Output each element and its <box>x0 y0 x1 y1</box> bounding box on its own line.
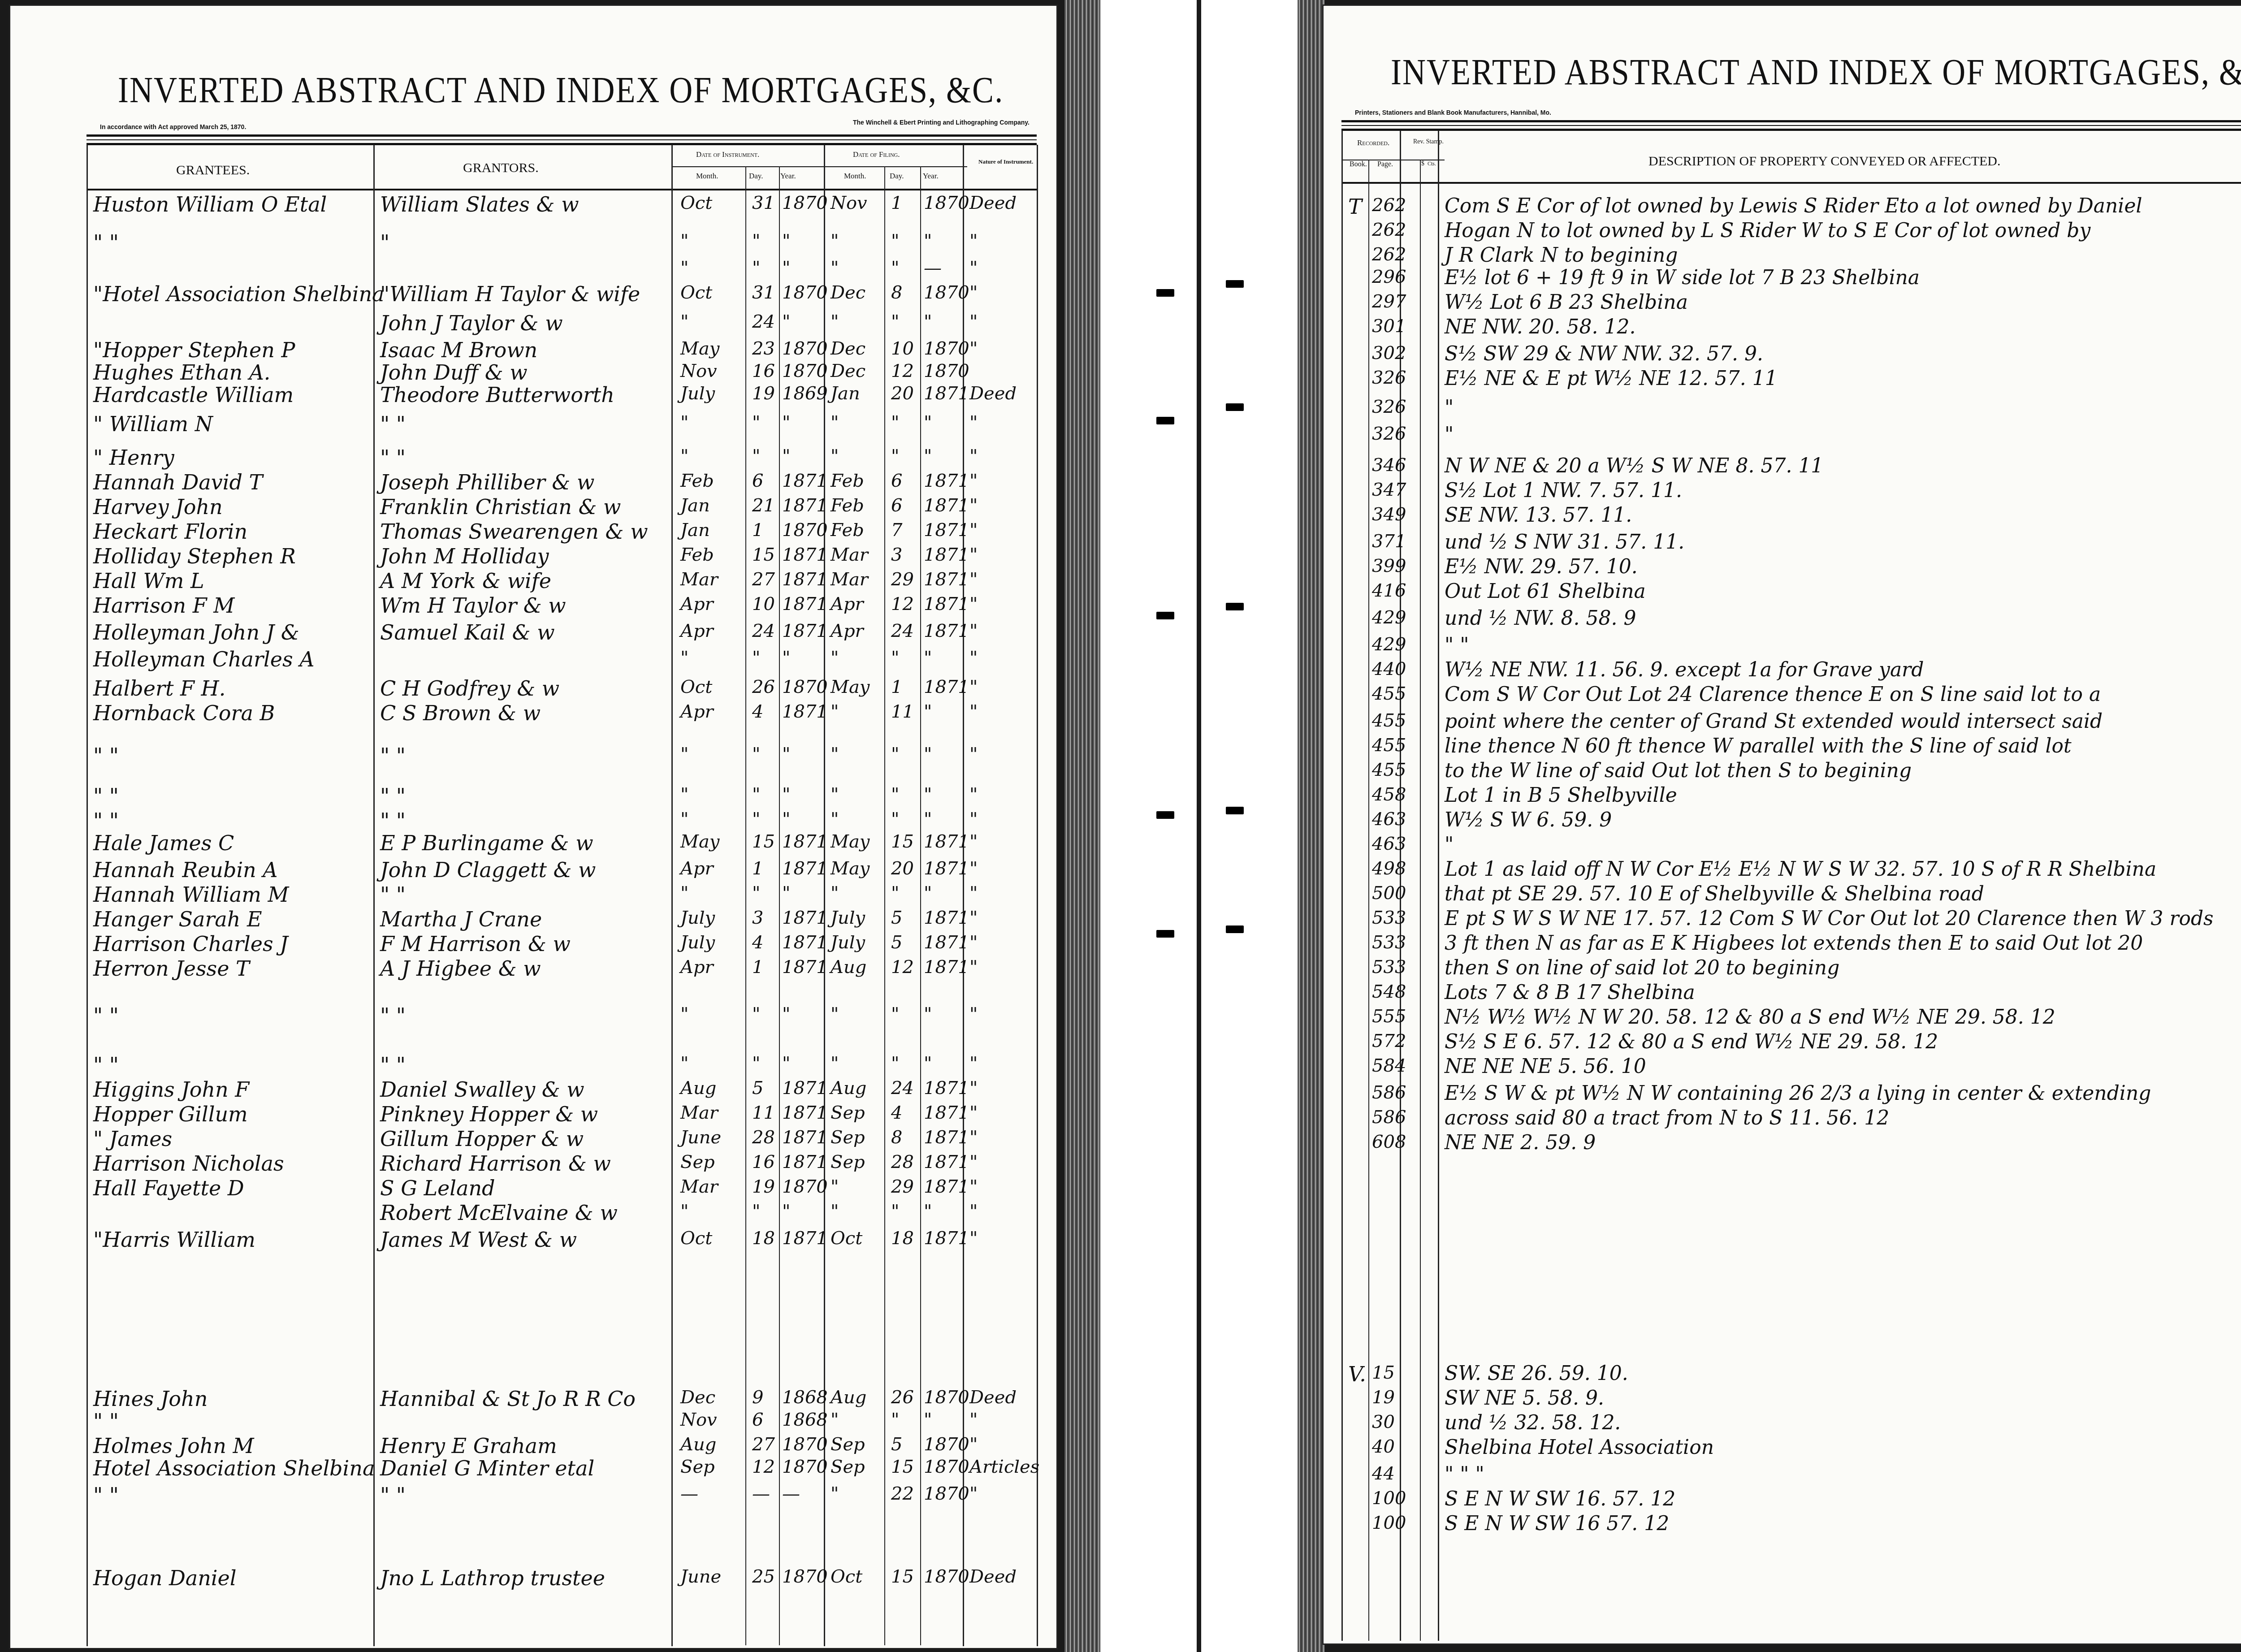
grantee-name: Holleyman John J & <box>93 622 299 643</box>
filing-month: May <box>831 678 870 696</box>
grantee-name: " " <box>93 786 119 806</box>
filing-year: " <box>924 1055 932 1073</box>
filing-year: " <box>924 703 932 721</box>
instrument-year: 1870 <box>782 340 828 358</box>
property-description: E pt S W S W NE 17. 57. 12 Com S W Cor O… <box>1445 909 2214 929</box>
filing-day: 12 <box>891 362 914 380</box>
instrument-day: 19 <box>752 1178 775 1196</box>
instrument-year: " <box>782 232 790 250</box>
grantor-name: William Slates & w <box>380 194 579 215</box>
grantee-name: Heckart Florin <box>93 521 247 542</box>
binding-hole <box>1226 280 1244 288</box>
filing-month: " <box>831 810 839 828</box>
binding-hole <box>1156 289 1174 297</box>
col-header-year: Year. <box>923 172 939 181</box>
page-number: 100 <box>1372 1489 1406 1507</box>
instrument-nature: Articles <box>969 1458 1039 1476</box>
instrument-day: 16 <box>752 362 775 380</box>
property-description: J R Clark N to begining <box>1445 246 1678 265</box>
instrument-nature: " <box>969 703 978 721</box>
instrument-month: " <box>680 259 688 277</box>
instrument-month: — <box>680 1485 698 1503</box>
instrument-nature: " <box>969 340 978 358</box>
property-description: S E N W SW 16 57. 12 <box>1445 1514 1669 1534</box>
header-rule <box>1341 120 2241 122</box>
filing-day: 24 <box>891 1079 914 1097</box>
instrument-nature: " <box>969 1485 978 1503</box>
page-number: 19 <box>1372 1388 1395 1406</box>
property-description: E½ NE & E pt W½ NE 12. 57. 11 <box>1445 369 1778 389</box>
instrument-day: 10 <box>752 595 775 613</box>
instrument-day: 31 <box>752 284 775 302</box>
page-number: 30 <box>1372 1413 1395 1431</box>
filing-day: 20 <box>891 860 914 878</box>
property-description: Out Lot 61 Shelbina <box>1445 582 1646 601</box>
property-description: line thence N 60 ft thence W parallel wi… <box>1445 736 2072 756</box>
instrument-day: " <box>752 1202 760 1220</box>
filing-year: — <box>924 259 942 277</box>
grantee-name: "Hotel Association Shelbina <box>93 284 384 304</box>
grantor-name: Jno L Lathrop trustee <box>380 1568 605 1588</box>
grantee-name: Hogan Daniel <box>93 1568 237 1588</box>
filing-month: Sep <box>831 1104 865 1122</box>
binding-hole <box>1226 603 1244 610</box>
grantor-name: A M York & wife <box>380 571 551 591</box>
instrument-day: 31 <box>752 194 775 212</box>
instrument-month: " <box>680 884 688 902</box>
grantee-name: Hale James C <box>93 833 234 853</box>
filing-month: July <box>831 909 865 927</box>
filing-year: 1871 <box>924 958 969 976</box>
instrument-nature: " <box>969 934 978 951</box>
instrument-year: " <box>782 810 790 828</box>
header-rule <box>1341 129 2241 131</box>
property-description: N W NE & 20 a W½ S W NE 8. 57. 11 <box>1445 456 1823 476</box>
property-description: und ½ 32. 58. 12. <box>1445 1413 1621 1433</box>
col-header-date-filing: Date of Filing. <box>853 150 900 159</box>
grantee-name: Hannah William M <box>93 884 289 905</box>
instrument-day: " <box>752 1055 760 1073</box>
instrument-year: " <box>782 447 790 465</box>
instrument-month: Dec <box>680 1388 715 1406</box>
grantee-name: " " <box>93 1411 119 1431</box>
instrument-nature: " <box>969 1079 978 1097</box>
instrument-month: " <box>680 786 688 804</box>
property-description: N½ W½ W½ N W 20. 58. 12 & 80 a S end W½ … <box>1445 1008 2055 1027</box>
filing-year: " <box>924 414 932 432</box>
filing-year: " <box>924 313 932 331</box>
instrument-year: 1871 <box>782 860 828 878</box>
instrument-month: June <box>680 1129 721 1146</box>
instrument-year: " <box>782 786 790 804</box>
column-line <box>1341 130 1343 1641</box>
grantee-name: Harvey John <box>93 497 223 517</box>
filing-day: " <box>891 414 899 432</box>
page-number: 463 <box>1372 835 1406 853</box>
instrument-nature: " <box>969 860 978 878</box>
instrument-year: 1871 <box>782 909 828 927</box>
grantee-name: Holleyman Charles A <box>93 649 314 670</box>
col-header-day: Day. <box>749 172 763 181</box>
instrument-day: — <box>752 1485 770 1503</box>
col-header-recorded: Recorded. <box>1357 138 1389 147</box>
page-number: 326 <box>1372 398 1406 416</box>
instrument-day: " <box>752 745 760 763</box>
instrument-day: " <box>752 649 760 667</box>
instrument-day: 3 <box>752 909 763 927</box>
page-number: 533 <box>1372 934 1406 951</box>
instrument-month: Feb <box>680 546 714 564</box>
binding-hole <box>1156 811 1174 819</box>
instrument-year: 1871 <box>782 595 828 613</box>
filing-month: " <box>831 313 839 331</box>
grantor-name: Joseph Philliber & w <box>380 472 594 493</box>
property-description: Lot 1 as laid off N W Cor E½ E½ N W S W … <box>1445 860 2156 879</box>
filing-year: 1871 <box>924 909 969 927</box>
filing-year: 1870 <box>924 1485 969 1503</box>
instrument-day: 27 <box>752 571 775 588</box>
book-number: V. <box>1348 1364 1366 1384</box>
grantee-name: Higgins John F <box>93 1079 249 1100</box>
instrument-month: May <box>680 340 719 358</box>
instrument-year: 1868 <box>782 1411 828 1429</box>
instrument-day: 27 <box>752 1436 775 1453</box>
instrument-day: " <box>752 447 760 465</box>
filing-month: Feb <box>831 521 864 539</box>
page-number: 548 <box>1372 983 1406 1001</box>
instrument-day: " <box>752 259 760 277</box>
filing-year: " <box>924 884 932 902</box>
instrument-day: 1 <box>752 521 763 539</box>
instrument-day: 24 <box>752 622 775 640</box>
page-number: 40 <box>1372 1438 1395 1456</box>
filing-year: 1870 <box>924 1436 969 1453</box>
instrument-year: 1868 <box>782 1388 828 1406</box>
property-description: W½ NE NW. 11. 56. 9. except 1a for Grave… <box>1445 660 1924 680</box>
page-number: 262 <box>1372 246 1406 264</box>
filing-month: " <box>831 786 839 804</box>
grantor-name: S G Leland <box>380 1178 495 1198</box>
property-description: und ½ S NW 31. 57. 11. <box>1445 532 1684 552</box>
grantor-name: C S Brown & w <box>380 703 541 723</box>
instrument-day: " <box>752 1005 760 1023</box>
property-description: und ½ NW. 8. 58. 9 <box>1445 609 1636 628</box>
filing-year: 1870 <box>924 1388 969 1406</box>
property-description: Com S W Cor Out Lot 24 Clarence thence E… <box>1445 685 2101 705</box>
grantee-name: Hall Fayette D <box>93 1178 244 1198</box>
filing-year: " <box>924 1411 932 1429</box>
filing-year: 1871 <box>924 833 969 851</box>
filing-year: 1870 <box>924 340 969 358</box>
instrument-month: Oct <box>680 284 712 302</box>
instrument-month: Mar <box>680 571 718 588</box>
page-number: 584 <box>1372 1057 1406 1075</box>
grantor-name: John M Holliday <box>380 546 549 567</box>
grantor-name: Thomas Swearengen & w <box>380 521 648 542</box>
filing-year: 1870 <box>924 362 969 380</box>
filing-month: " <box>831 745 839 763</box>
instrument-year: 1871 <box>782 934 828 951</box>
filing-month: " <box>831 703 839 721</box>
grantee-name: Hines John <box>93 1388 208 1409</box>
filing-day: 6 <box>891 472 902 490</box>
filing-day: 10 <box>891 340 914 358</box>
filing-year: 1871 <box>924 934 969 951</box>
printer-credit: Printers, Stationers and Blank Book Manu… <box>1355 109 1551 116</box>
book-number: T <box>1348 196 1362 217</box>
property-description: E½ NW. 29. 57. 10. <box>1445 557 1638 577</box>
property-description: Lot 1 in B 5 Shelbyville <box>1445 786 1677 805</box>
property-description: S E N W SW 16. 57. 12 <box>1445 1489 1675 1509</box>
page-number: 15 <box>1372 1364 1395 1382</box>
instrument-year: " <box>782 745 790 763</box>
filing-month: Dec <box>831 362 865 380</box>
filing-day: " <box>891 1411 899 1429</box>
grantor-name: Daniel G Minter etal <box>380 1458 594 1479</box>
instrument-month: " <box>680 649 688 667</box>
binding-hole <box>1156 417 1174 424</box>
instrument-nature: " <box>969 745 978 763</box>
grantor-name: " " <box>380 447 406 468</box>
filing-year: " <box>924 1005 932 1023</box>
column-line <box>1420 160 1421 1641</box>
instrument-year: 1871 <box>782 1104 828 1122</box>
filing-day: 8 <box>891 1129 902 1146</box>
grantee-name: " James <box>93 1129 172 1149</box>
header-rule <box>87 143 1037 145</box>
instrument-year: " <box>782 884 790 902</box>
instrument-day: 21 <box>752 497 775 515</box>
instrument-day: 1 <box>752 958 763 976</box>
column-line <box>745 166 746 1645</box>
column-line <box>884 166 885 1645</box>
filing-month: Sep <box>831 1153 865 1171</box>
filing-day: 20 <box>891 385 914 402</box>
grantee-name: Hanger Sarah E <box>93 909 262 930</box>
filing-day: 12 <box>891 958 914 976</box>
page-number: 455 <box>1372 712 1406 730</box>
grantee-name: Harrison Nicholas <box>93 1153 284 1174</box>
instrument-month: Sep <box>680 1153 715 1171</box>
filing-month: Apr <box>831 622 864 640</box>
page-number: 498 <box>1372 860 1406 878</box>
property-description: then S on line of said lot 20 to beginin… <box>1445 958 1839 978</box>
page-number: 416 <box>1372 582 1406 600</box>
filing-month: " <box>831 414 839 432</box>
grantor-name: " " <box>380 1055 406 1075</box>
filing-year: 1871 <box>924 497 969 515</box>
instrument-month: Apr <box>680 703 714 721</box>
column-line <box>1438 130 1439 1641</box>
grantor-name: Henry E Graham <box>380 1436 557 1456</box>
page-number: 440 <box>1372 660 1406 678</box>
grantor-name: Martha J Crane <box>380 909 542 930</box>
col-header-book: Book. <box>1350 160 1367 169</box>
grantor-name: Hannibal & St Jo R R Co <box>380 1388 636 1409</box>
grantor-name: Theodore Butterworth <box>380 385 614 405</box>
filing-year: 1871 <box>924 1079 969 1097</box>
instrument-day: 1 <box>752 860 763 878</box>
instrument-nature: Deed <box>969 385 1017 402</box>
instrument-nature: " <box>969 786 978 804</box>
instrument-nature: " <box>969 1055 978 1073</box>
page-number: 463 <box>1372 810 1406 828</box>
filing-month: Feb <box>831 497 864 515</box>
filing-year: " <box>924 745 932 763</box>
filing-year: 1870 <box>924 1568 969 1586</box>
filing-month: Sep <box>831 1458 865 1476</box>
instrument-nature: " <box>969 649 978 667</box>
filing-month: May <box>831 833 870 851</box>
filing-month: Nov <box>831 194 867 212</box>
property-description: that pt SE 29. 57. 10 E of Shelbyville &… <box>1445 884 1984 904</box>
grantor-name: James M West & w <box>380 1229 577 1250</box>
property-description: S½ SW 29 & NW NW. 32. 57. 9. <box>1445 344 1763 364</box>
property-description: Shelbina Hotel Association <box>1445 1438 1714 1457</box>
instrument-month: July <box>680 385 715 402</box>
filing-day: 24 <box>891 622 914 640</box>
filing-day: 8 <box>891 284 902 302</box>
filing-month: Oct <box>831 1568 862 1586</box>
instrument-year: 1871 <box>782 497 828 515</box>
property-description: NE NE 2. 59. 9 <box>1445 1133 1596 1153</box>
instrument-day: 15 <box>752 833 775 851</box>
property-description: " " <box>1445 636 1469 655</box>
property-description: " " " <box>1445 1465 1484 1484</box>
header-rule <box>87 134 1037 137</box>
grantee-name: Huston William O Etal <box>93 194 327 215</box>
property-description: S½ S E 6. 57. 12 & 80 a S end W½ NE 29. … <box>1445 1032 1938 1052</box>
instrument-year: 1871 <box>782 1153 828 1171</box>
instrument-year: 1871 <box>782 833 828 851</box>
page-number: 302 <box>1372 344 1406 362</box>
col-header-page: Page. <box>1377 160 1393 169</box>
page-number: 455 <box>1372 761 1406 779</box>
header-bottom-rule <box>87 189 1037 190</box>
instrument-nature: " <box>969 595 978 613</box>
instrument-month: Sep <box>680 1458 715 1476</box>
instrument-month: May <box>680 833 719 851</box>
grantee-name: Halbert F H. <box>93 678 225 699</box>
filing-month: Jan <box>831 385 860 402</box>
filing-day: " <box>891 649 899 667</box>
col-header-day: Day. <box>890 172 904 181</box>
col-header-grantors: GRANTORS. <box>463 160 539 176</box>
page-number: 297 <box>1372 293 1406 311</box>
filing-month: Dec <box>831 340 865 358</box>
instrument-day: " <box>752 884 760 902</box>
instrument-nature: " <box>969 447 978 465</box>
filing-year: 1871 <box>924 1153 969 1171</box>
instrument-month: " <box>680 1005 688 1023</box>
property-description: 3 ft then N as far as E K Higbees lot ex… <box>1445 934 2143 953</box>
grantee-name: Hardcastle William <box>93 385 294 405</box>
instrument-day: 6 <box>752 472 763 490</box>
page-number: 346 <box>1372 456 1406 474</box>
filing-month: May <box>831 860 870 878</box>
filing-day: 26 <box>891 1388 914 1406</box>
instrument-year: 1870 <box>782 1458 828 1476</box>
filing-month: " <box>831 1485 839 1503</box>
instrument-day: 4 <box>752 934 763 951</box>
grantor-name: Isaac M Brown <box>380 340 537 360</box>
instrument-nature: " <box>969 1411 978 1429</box>
grantee-name: "Hopper Stephen P <box>93 340 295 360</box>
instrument-nature: " <box>969 497 978 515</box>
property-description: " <box>1445 425 1454 445</box>
filing-day: " <box>891 1055 899 1073</box>
grantee-name: Holmes John M <box>93 1436 254 1456</box>
instrument-year: 1870 <box>782 362 828 380</box>
filing-day: 4 <box>891 1104 902 1122</box>
binding-edge-left <box>1064 0 1100 1652</box>
filing-month: Aug <box>831 958 866 976</box>
instrument-nature: " <box>969 232 978 250</box>
instrument-nature: " <box>969 414 978 432</box>
binding-hole <box>1226 807 1244 814</box>
page-number: 555 <box>1372 1008 1406 1025</box>
filing-year: 1871 <box>924 1178 969 1196</box>
instrument-month: Nov <box>680 362 717 380</box>
col-header-month: Month. <box>696 172 718 181</box>
page-number: 458 <box>1372 786 1406 804</box>
grantee-name: Hornback Cora B <box>93 703 275 723</box>
filing-year: 1871 <box>924 595 969 613</box>
grantor-name: " " <box>380 1485 406 1505</box>
grantee-name: Hall Wm L <box>93 571 204 591</box>
filing-year: 1871 <box>924 1229 969 1247</box>
filing-day: 1 <box>891 678 902 696</box>
instrument-month: Apr <box>680 595 714 613</box>
page-number: 399 <box>1372 557 1406 575</box>
grantee-name: " Henry <box>93 447 174 468</box>
filing-year: " <box>924 1202 932 1220</box>
instrument-nature: " <box>969 1153 978 1171</box>
instrument-day: 18 <box>752 1229 775 1247</box>
filing-month: " <box>831 232 839 250</box>
page-number: 533 <box>1372 909 1406 927</box>
filing-year: " <box>924 810 932 828</box>
filing-day: 18 <box>891 1229 914 1247</box>
filing-day: 15 <box>891 1568 914 1586</box>
page-title: INVERTED ABSTRACT AND INDEX OF MORTGAGES… <box>118 69 1004 111</box>
instrument-day: 16 <box>752 1153 775 1171</box>
column-line <box>1037 145 1038 1646</box>
instrument-nature: " <box>969 1436 978 1453</box>
grantor-name: Gillum Hopper & w <box>380 1129 584 1149</box>
instrument-day: " <box>752 232 760 250</box>
filing-month: " <box>831 1202 839 1220</box>
grantee-name: " " <box>93 1485 119 1505</box>
instrument-nature: Deed <box>969 194 1017 212</box>
filing-year: 1871 <box>924 521 969 539</box>
instrument-year: 1870 <box>782 1178 828 1196</box>
instrument-day: 11 <box>752 1104 775 1122</box>
filing-day: " <box>891 745 899 763</box>
filing-year: 1870 <box>924 284 969 302</box>
grantee-name: Harrison F M <box>93 595 234 616</box>
binding-hole <box>1226 403 1244 411</box>
grantor-name: " " <box>380 810 406 831</box>
col-header-year: Year. <box>780 172 796 181</box>
filing-year: 1871 <box>924 546 969 564</box>
page-number: 429 <box>1372 636 1406 653</box>
page-number: 100 <box>1372 1514 1406 1532</box>
instrument-month: " <box>680 810 688 828</box>
instrument-nature: " <box>969 571 978 588</box>
filing-month: " <box>831 1411 839 1429</box>
property-description: NE NE NE 5. 56. 10 <box>1445 1057 1646 1077</box>
